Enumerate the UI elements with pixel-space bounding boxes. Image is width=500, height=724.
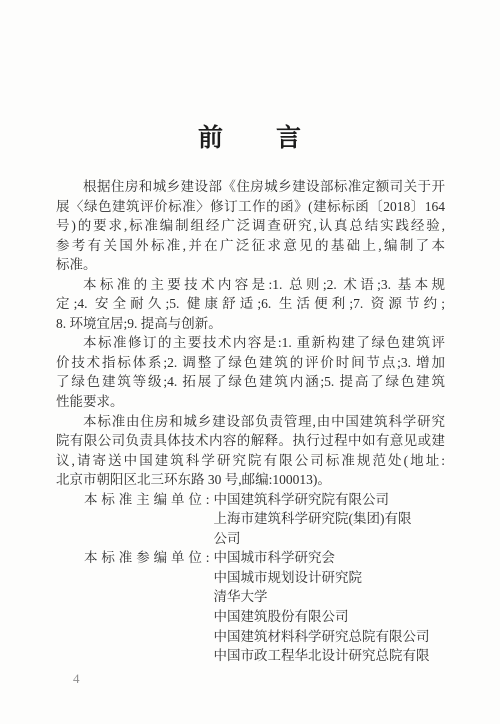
paragraph-line: 议,请寄送中国建筑科学研究院有限公司标准规范处(地址: xyxy=(56,451,445,471)
document-page: 前 言 根据住房和城乡建设部《住房城乡建设部标准定额司关于开 展〈绿色建筑评价标… xyxy=(0,0,500,724)
paragraph-line: 了绿色建筑等级;4. 拓展了绿色建筑内涵;5. 提高了绿色建筑 xyxy=(56,372,445,392)
paragraph-line: 本标准由住房和城乡建设部负责管理,由中国建筑科学研究 xyxy=(56,412,445,432)
unit-name: 上海市建筑科学研究院(集团)有限 xyxy=(213,509,445,529)
paragraph: 本标准由住房和城乡建设部负责管理,由中国建筑科学研究 院有限公司负责具体技术内容… xyxy=(56,412,445,490)
paragraph-line: 本标准的主要技术内容是:1. 总则;2. 术语;3. 基本规 xyxy=(56,275,445,295)
unit-name: 中国市政工程华北设计研究总院有限 xyxy=(213,646,445,666)
unit-name: 中国建筑科学研究院有限公司 xyxy=(213,490,445,510)
unit-name: 清华大学 xyxy=(213,587,445,607)
paragraph-line: 8. 环境宜居;9. 提高与创新。 xyxy=(56,314,445,334)
unit-name: 中国建筑材料科学研究总院有限公司 xyxy=(213,627,445,647)
unit-name: 中国城市规划设计研究院 xyxy=(213,568,445,588)
paragraph-line: 根据住房和城乡建设部《住房城乡建设部标准定额司关于开 xyxy=(56,177,445,197)
unit-name: 公司 xyxy=(213,529,445,549)
paragraph-line: 定;4. 安全耐久;5. 健康舒适;6. 生活便利;7. 资源节约; xyxy=(56,294,445,314)
paragraph-line: 价技术指标体系;2. 调整了绿色建筑的评价时间节点;3. 增加 xyxy=(56,353,445,373)
unit-name: 中国城市科学研究会 xyxy=(213,548,445,568)
paragraph-line: 院有限公司负责具体技术内容的解释。执行过程中如有意见或建 xyxy=(56,431,445,451)
paragraph-line: 本标准修订的主要技术内容是:1. 重新构建了绿色建筑评 xyxy=(56,333,445,353)
chief-editor-units: 中国建筑科学研究院有限公司 上海市建筑科学研究院(集团)有限 公司 xyxy=(213,490,445,549)
chief-editor-label: 本标准主编单位: xyxy=(84,490,213,510)
page-number: 4 xyxy=(73,671,80,687)
paragraph-line: 展〈绿色建筑评价标准〉修订工作的函》(建标标函〔2018〕164 xyxy=(56,197,445,217)
chief-editor-row: 本标准主编单位: 中国建筑科学研究院有限公司 上海市建筑科学研究院(集团)有限 … xyxy=(84,490,445,549)
unit-name: 中国建筑股份有限公司 xyxy=(213,607,445,627)
participants-row: 本标准参编单位: 中国城市科学研究会 中国城市规划设计研究院 清华大学 中国建筑… xyxy=(84,548,445,665)
foreword-body: 根据住房和城乡建设部《住房城乡建设部标准定额司关于开 展〈绿色建筑评价标准〉修订… xyxy=(56,177,445,666)
paragraph-line: 标准。 xyxy=(56,255,445,275)
participant-units: 中国城市科学研究会 中国城市规划设计研究院 清华大学 中国建筑股份有限公司 中国… xyxy=(213,548,445,665)
paragraph: 本标准的主要技术内容是:1. 总则;2. 术语;3. 基本规 定;4. 安全耐久… xyxy=(56,275,445,334)
paragraph: 本标准修订的主要技术内容是:1. 重新构建了绿色建筑评 价技术指标体系;2. 调… xyxy=(56,333,445,411)
page-title: 前 言 xyxy=(0,118,500,154)
paragraph-line: 性能要求。 xyxy=(56,392,445,412)
paragraph: 根据住房和城乡建设部《住房城乡建设部标准定额司关于开 展〈绿色建筑评价标准〉修订… xyxy=(56,177,445,275)
paragraph-line: 参考有关国外标准,并在广泛征求意见的基础上,编制了本 xyxy=(56,236,445,256)
paragraph-line: 北京市朝阳区北三环东路 30 号,邮编:100013)。 xyxy=(56,470,445,490)
participants-label: 本标准参编单位: xyxy=(84,548,213,568)
paragraph-line: 号)的要求,标准编制组经广泛调查研究,认真总结实践经验, xyxy=(56,216,445,236)
